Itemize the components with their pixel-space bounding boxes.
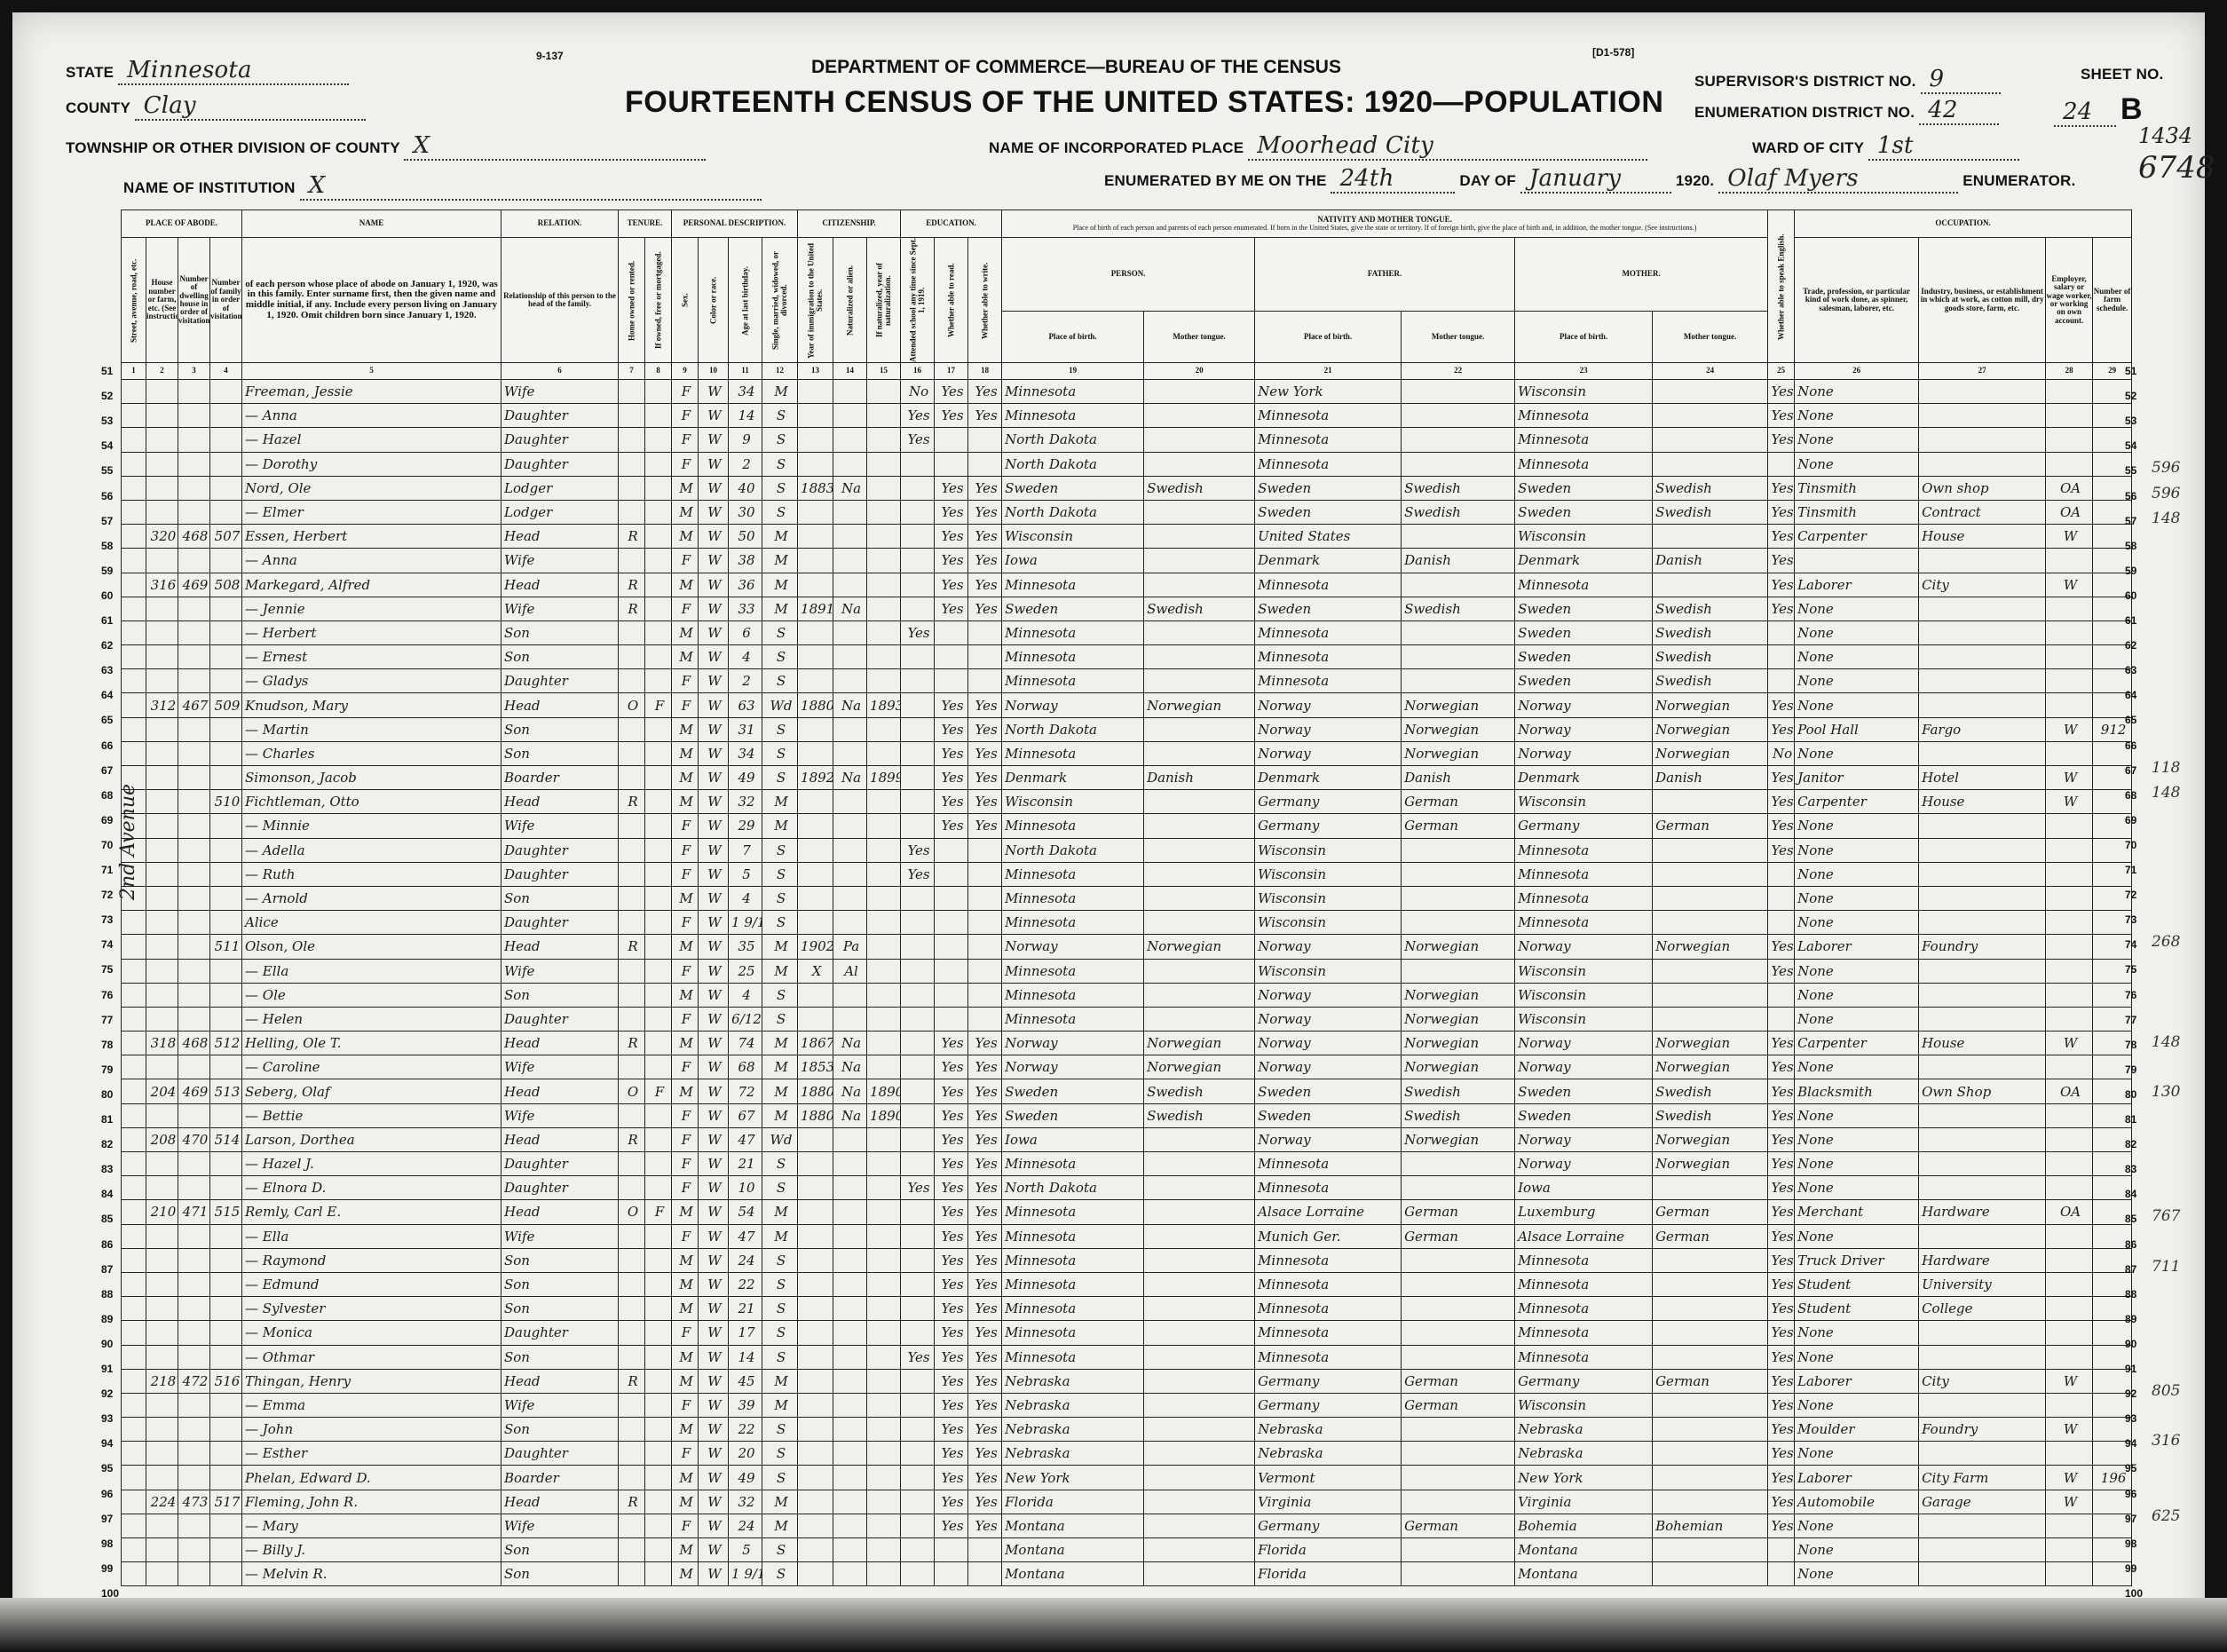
cell-street — [122, 597, 146, 620]
col-18-header: Whether able to write. — [968, 238, 1002, 363]
cell-dw: 316 — [146, 573, 178, 597]
cell-name: Fichtleman, Otto — [242, 790, 501, 814]
cell-read — [935, 452, 968, 476]
col-number: 14 — [833, 363, 867, 380]
line-number-right: 73 — [2125, 913, 2136, 926]
cell-name: — Mary — [242, 1514, 501, 1537]
cell-ind — [1919, 597, 2046, 620]
cell-fam — [210, 1538, 242, 1562]
cell-sch — [901, 1272, 935, 1296]
cell-nat — [833, 428, 867, 452]
group-nativity: NATIVITY AND MOTHER TONGUE. Place of bir… — [1002, 210, 1768, 238]
cell-hn — [178, 838, 210, 862]
cell-write: Yes — [968, 476, 1002, 500]
cell-occ: Automobile — [1795, 1490, 1919, 1514]
cell-nat: Na — [833, 476, 867, 500]
cell-age: 22 — [729, 1272, 762, 1296]
cell-write: Yes — [968, 1345, 1002, 1369]
supervisor-district-value: 9 — [1921, 66, 2001, 94]
census-title: FOURTEENTH CENSUS OF THE UNITED STATES: … — [625, 85, 1663, 120]
cell-name: — Helen — [242, 1007, 501, 1031]
cell-race: W — [699, 525, 729, 549]
cell-race: W — [699, 717, 729, 741]
cell-cls: W — [2046, 790, 2093, 814]
cell-eng — [1768, 983, 1795, 1007]
cell-ms: S — [762, 983, 798, 1007]
margin-note-bottom: 6748 — [2138, 150, 2215, 186]
cell-fam — [210, 1345, 242, 1369]
cell-occ: Tinsmith — [1795, 500, 1919, 524]
cell-pob: Norway — [1002, 693, 1144, 717]
enumerated-label: ENUMERATED BY ME ON THE — [1104, 172, 1327, 189]
cell-nat — [833, 1514, 867, 1537]
cell-pob: Sweden — [1002, 597, 1144, 620]
line-number-right: 80 — [2125, 1088, 2136, 1101]
census-table: PLACE OF ABODE. NAME RELATION. TENURE. P… — [121, 209, 2132, 1586]
cell-natyr — [867, 620, 901, 644]
cell-mpob: Nebraska — [1515, 1418, 1653, 1442]
line-number-left: 97 — [101, 1513, 113, 1525]
cell-sch — [901, 1224, 935, 1248]
cell-age: 31 — [729, 717, 762, 741]
cell-ms: S — [762, 1176, 798, 1200]
table-row: — MaryWifeFW24MYesYesMontanaGermanyGerma… — [122, 1514, 2132, 1537]
line-number-right: 70 — [2125, 839, 2136, 851]
cell-hn — [178, 959, 210, 983]
table-row: 224473517Fleming, John R.HeadRMW32MYesYe… — [122, 1490, 2132, 1514]
cell-mort — [645, 1007, 672, 1031]
cell-name: — Dorothy — [242, 452, 501, 476]
cell-sch: Yes — [901, 1345, 935, 1369]
cell-own — [619, 404, 645, 428]
cell-dw — [146, 380, 178, 404]
cell-ms: M — [762, 1224, 798, 1248]
cell-cls: W — [2046, 1369, 2093, 1393]
cell-sex: M — [672, 1079, 699, 1103]
cell-read: Yes — [935, 814, 968, 838]
cell-fmt — [1402, 525, 1515, 549]
cell-mmt — [1653, 380, 1768, 404]
cell-hn — [178, 1297, 210, 1321]
cell-age: 34 — [729, 741, 762, 765]
table-row: — OleSonMW4SMinnesotaNorwayNorwegianWisc… — [122, 983, 2132, 1007]
col-9-header: Sex. — [672, 238, 699, 363]
cell-fam — [210, 1272, 242, 1296]
line-number-left: 82 — [101, 1138, 113, 1150]
table-row: — Elnora D.DaughterFW10SYesYesYesNorth D… — [122, 1176, 2132, 1200]
cell-ind — [1919, 1538, 2046, 1562]
cell-natyr — [867, 476, 901, 500]
cell-natyr — [867, 1176, 901, 1200]
cell-cls — [2046, 1224, 2093, 1248]
cell-occ: None — [1795, 1007, 1919, 1031]
line-number-left: 54 — [101, 439, 113, 452]
cell-cls — [2046, 620, 2093, 644]
cell-write: Yes — [968, 404, 1002, 428]
cell-cls — [2046, 862, 2093, 886]
cell-read: Yes — [935, 549, 968, 573]
cell-fam: 507 — [210, 525, 242, 549]
cell-hn — [178, 620, 210, 644]
cell-name: — Anna — [242, 549, 501, 573]
cell-nat — [833, 1007, 867, 1031]
cell-own — [619, 1272, 645, 1296]
cell-read: Yes — [935, 476, 968, 500]
cell-eng: Yes — [1768, 959, 1795, 983]
cell-write: Yes — [968, 549, 1002, 573]
cell-mmt: Norwegian — [1653, 1055, 1768, 1079]
line-number-right: 67 — [2125, 764, 2136, 777]
cell-mort — [645, 1127, 672, 1151]
cell-fpob: Minnesota — [1255, 620, 1402, 644]
cell-ind: Garage — [1919, 1490, 2046, 1514]
cell-mort — [645, 1321, 672, 1345]
cell-sex: M — [672, 1200, 699, 1224]
cell-natyr — [867, 1562, 901, 1586]
cell-ms: M — [762, 1393, 798, 1417]
cell-mt — [1144, 1345, 1255, 1369]
cell-cls — [2046, 1272, 2093, 1296]
table-row: — CharlesSonMW34SYesYesMinnesotaNorwayNo… — [122, 741, 2132, 765]
cell-own — [619, 1297, 645, 1321]
cell-fmt: Danish — [1402, 766, 1515, 790]
cell-mpob: Sweden — [1515, 1079, 1653, 1103]
cell-ind — [1919, 838, 2046, 862]
cell-eng: Yes — [1768, 549, 1795, 573]
cell-pob: Montana — [1002, 1538, 1144, 1562]
cell-read: Yes — [935, 1466, 968, 1490]
cell-fpob: Germany — [1255, 1369, 1402, 1393]
cell-read: Yes — [935, 1224, 968, 1248]
cell-dw — [146, 620, 178, 644]
cell-mt — [1144, 645, 1255, 669]
cell-fpob: United States — [1255, 525, 1402, 549]
cell-mmt — [1653, 911, 1768, 935]
cell-eng: Yes — [1768, 1490, 1795, 1514]
cell-pob: Montana — [1002, 1562, 1144, 1586]
cell-age: 40 — [729, 476, 762, 500]
cell-street — [122, 838, 146, 862]
line-number-right: 68 — [2125, 789, 2136, 802]
cell-nat — [833, 862, 867, 886]
cell-sch — [901, 1152, 935, 1176]
cell-mmt: Norwegian — [1653, 1152, 1768, 1176]
table-row: — EmmaWifeFW39MYesYesNebraskaGermanyGerm… — [122, 1393, 2132, 1417]
cell-fmt — [1402, 452, 1515, 476]
cell-name: Larson, Dorthea — [242, 1127, 501, 1151]
cell-natyr — [867, 669, 901, 693]
cell-imm — [798, 1369, 833, 1393]
cell-mort — [645, 1176, 672, 1200]
cell-eng: Yes — [1768, 1345, 1795, 1369]
cell-imm: 1880 — [798, 693, 833, 717]
cell-nat — [833, 620, 867, 644]
cell-read: Yes — [935, 525, 968, 549]
cell-write — [968, 1007, 1002, 1031]
line-number-right: 53 — [2125, 415, 2136, 427]
cell-fpob: Minnesota — [1255, 1272, 1402, 1296]
group-person: PERSON. — [1002, 238, 1255, 312]
cell-cls — [2046, 911, 2093, 935]
cell-race: W — [699, 1224, 729, 1248]
cell-read — [935, 620, 968, 644]
cell-pob: Norway — [1002, 1032, 1144, 1055]
cell-eng: Yes — [1768, 1055, 1795, 1079]
cell-imm — [798, 1466, 833, 1490]
cell-eng: Yes — [1768, 1466, 1795, 1490]
cell-ind — [1919, 1127, 2046, 1151]
cell-hn — [178, 476, 210, 500]
cell-occ: None — [1795, 1393, 1919, 1417]
cell-rel: Wife — [501, 1514, 619, 1537]
cell-write — [968, 452, 1002, 476]
cell-fmt — [1402, 1466, 1515, 1490]
cell-age: 21 — [729, 1152, 762, 1176]
cell-eng: Yes — [1768, 1393, 1795, 1417]
cell-fam: 512 — [210, 1032, 242, 1055]
cell-rel: Daughter — [501, 838, 619, 862]
cell-eng: Yes — [1768, 1079, 1795, 1103]
cell-sex: M — [672, 741, 699, 765]
cell-occ: None — [1795, 741, 1919, 765]
cell-ind — [1919, 380, 2046, 404]
line-number-right: 81 — [2125, 1113, 2136, 1126]
cell-natyr — [867, 404, 901, 428]
line-number-right: 98 — [2125, 1537, 2136, 1550]
cell-race: W — [699, 1032, 729, 1055]
cell-eng: Yes — [1768, 1418, 1795, 1442]
form-number: 9-137 — [536, 50, 564, 62]
cell-ind — [1919, 669, 2046, 693]
cell-rel: Wife — [501, 959, 619, 983]
cell-ms: S — [762, 452, 798, 476]
cell-cls — [2046, 1321, 2093, 1345]
cell-rel: Head — [501, 1490, 619, 1514]
cell-street — [122, 862, 146, 886]
line-number-left: 78 — [101, 1039, 113, 1051]
cell-ms: S — [762, 476, 798, 500]
cell-pob: Wisconsin — [1002, 790, 1144, 814]
cell-fpob: Nebraska — [1255, 1418, 1402, 1442]
cell-sex: M — [672, 1345, 699, 1369]
cell-mort — [645, 1393, 672, 1417]
cell-mt — [1144, 1176, 1255, 1200]
cell-sch — [901, 886, 935, 910]
cell-race: W — [699, 886, 729, 910]
cell-imm — [798, 1393, 833, 1417]
cell-race: W — [699, 1393, 729, 1417]
col-27-header: Industry, business, or establishment in … — [1919, 238, 2046, 363]
cell-ms: S — [762, 1007, 798, 1031]
cell-write: Yes — [968, 573, 1002, 597]
cell-street — [122, 1248, 146, 1272]
cell-age: 49 — [729, 766, 762, 790]
cell-fam: 513 — [210, 1079, 242, 1103]
cell-mort: F — [645, 1079, 672, 1103]
cell-mt — [1144, 525, 1255, 549]
cell-nat: Pa — [833, 935, 867, 959]
cell-imm — [798, 549, 833, 573]
cell-mpob: Minnesota — [1515, 911, 1653, 935]
cell-own — [619, 1442, 645, 1466]
cell-pob: Norway — [1002, 935, 1144, 959]
margin-tally: 596 — [2152, 459, 2180, 477]
line-number-right: 62 — [2125, 639, 2136, 652]
cell-mt — [1144, 1224, 1255, 1248]
cell-sex: F — [672, 428, 699, 452]
table-row: 316469508Markegard, AlfredHeadRMW36MYesY… — [122, 573, 2132, 597]
cell-cls — [2046, 597, 2093, 620]
cell-cls — [2046, 669, 2093, 693]
line-number-left: 85 — [101, 1213, 113, 1225]
cell-ind — [1919, 693, 2046, 717]
cell-race: W — [699, 500, 729, 524]
cell-own — [619, 669, 645, 693]
cell-mort — [645, 1345, 672, 1369]
cell-mpob: Virginia — [1515, 1490, 1653, 1514]
cell-occ: None — [1795, 1538, 1919, 1562]
cell-nat — [833, 1345, 867, 1369]
line-number-right: 95 — [2125, 1462, 2136, 1474]
cell-street — [122, 814, 146, 838]
township-label: TOWNSHIP OR OTHER DIVISION OF COUNTY — [66, 139, 400, 156]
cell-nat — [833, 1321, 867, 1345]
cell-mmt — [1653, 452, 1768, 476]
cell-imm — [798, 1562, 833, 1586]
cell-street — [122, 1079, 146, 1103]
cell-ms: M — [762, 597, 798, 620]
cell-mmt: German — [1653, 814, 1768, 838]
cell-race: W — [699, 1345, 729, 1369]
cell-write: Yes — [968, 741, 1002, 765]
cell-sex: M — [672, 645, 699, 669]
cell-ms: S — [762, 1345, 798, 1369]
cell-occ: Janitor — [1795, 766, 1919, 790]
cell-mt — [1144, 1514, 1255, 1537]
margin-tally: 268 — [2152, 933, 2180, 951]
cell-mpob: Denmark — [1515, 549, 1653, 573]
cell-pob: Nebraska — [1002, 1442, 1144, 1466]
cell-fmt — [1402, 1321, 1515, 1345]
cell-mpob: Wisconsin — [1515, 959, 1653, 983]
cell-mt — [1144, 1369, 1255, 1393]
cell-own — [619, 428, 645, 452]
cell-fmt — [1402, 1272, 1515, 1296]
cell-fam — [210, 1393, 242, 1417]
cell-sex: M — [672, 476, 699, 500]
cell-imm: 1867 — [798, 1032, 833, 1055]
cell-cls — [2046, 1103, 2093, 1127]
cell-rel: Head — [501, 1369, 619, 1393]
cell-street — [122, 476, 146, 500]
line-number-left: 80 — [101, 1088, 113, 1101]
enumerated-month: January — [1520, 165, 1671, 194]
cell-fmt: Norwegian — [1402, 693, 1515, 717]
cell-pob: Montana — [1002, 1514, 1144, 1537]
cell-street — [122, 500, 146, 524]
cell-name: Markegard, Alfred — [242, 573, 501, 597]
cell-write: Yes — [968, 814, 1002, 838]
line-number-left: 69 — [101, 814, 113, 826]
cell-occ: Student — [1795, 1272, 1919, 1296]
cell-mpob: Sweden — [1515, 1103, 1653, 1127]
cell-sch — [901, 1079, 935, 1103]
cell-rel: Wife — [501, 814, 619, 838]
cell-dw — [146, 404, 178, 428]
cell-sch — [901, 476, 935, 500]
cell-fpob: Germany — [1255, 1393, 1402, 1417]
col-number: 9 — [672, 363, 699, 380]
cell-sex: M — [672, 983, 699, 1007]
cell-mort — [645, 452, 672, 476]
cell-occ: None — [1795, 428, 1919, 452]
cell-mort — [645, 886, 672, 910]
cell-eng: Yes — [1768, 1514, 1795, 1537]
cell-sch: Yes — [901, 620, 935, 644]
cell-dw — [146, 1176, 178, 1200]
cell-hn — [178, 1103, 210, 1127]
cell-hn — [178, 1224, 210, 1248]
cell-mort — [645, 1514, 672, 1537]
cell-read: Yes — [935, 380, 968, 404]
cell-eng: Yes — [1768, 1224, 1795, 1248]
cell-age: 63 — [729, 693, 762, 717]
cell-pob: Iowa — [1002, 549, 1144, 573]
cell-eng: Yes — [1768, 476, 1795, 500]
cell-occ: None — [1795, 1152, 1919, 1176]
cell-dw — [146, 1103, 178, 1127]
cell-fpob: Minnesota — [1255, 1248, 1402, 1272]
cell-hn: 468 — [178, 525, 210, 549]
cell-ms: S — [762, 1321, 798, 1345]
table-row: — CarolineWifeFW68M1853NaYesYesNorwayNor… — [122, 1055, 2132, 1079]
cell-fam: 509 — [210, 693, 242, 717]
cell-sex: F — [672, 404, 699, 428]
cell-hn — [178, 597, 210, 620]
cell-hn — [178, 886, 210, 910]
line-number-right: 74 — [2125, 938, 2136, 951]
cell-street — [122, 1297, 146, 1321]
cell-sch — [901, 573, 935, 597]
cell-fmt — [1402, 1538, 1515, 1562]
cell-mmt — [1653, 1466, 1768, 1490]
cell-mort — [645, 935, 672, 959]
line-number-right: 79 — [2125, 1063, 2136, 1076]
cell-natyr — [867, 380, 901, 404]
cell-age: 14 — [729, 1345, 762, 1369]
cell-hn — [178, 1321, 210, 1345]
cell-mt — [1144, 1272, 1255, 1296]
cell-fpob: Denmark — [1255, 549, 1402, 573]
cell-street — [122, 549, 146, 573]
cell-mpob: Minnesota — [1515, 404, 1653, 428]
cell-cls: OA — [2046, 500, 2093, 524]
cell-fmt: German — [1402, 814, 1515, 838]
cell-name: — Ruth — [242, 862, 501, 886]
cell-read: Yes — [935, 1152, 968, 1176]
cell-ms: S — [762, 500, 798, 524]
cell-dw — [146, 1562, 178, 1586]
cell-sex: F — [672, 1007, 699, 1031]
cell-fpob: Norway — [1255, 983, 1402, 1007]
cell-occ: None — [1795, 669, 1919, 693]
cell-mpob: Nebraska — [1515, 1442, 1653, 1466]
cell-mt — [1144, 1442, 1255, 1466]
cell-dw — [146, 476, 178, 500]
cell-fam — [210, 1055, 242, 1079]
nativity-note: Place of birth of each person and parent… — [1002, 225, 1767, 232]
cell-dw — [146, 838, 178, 862]
